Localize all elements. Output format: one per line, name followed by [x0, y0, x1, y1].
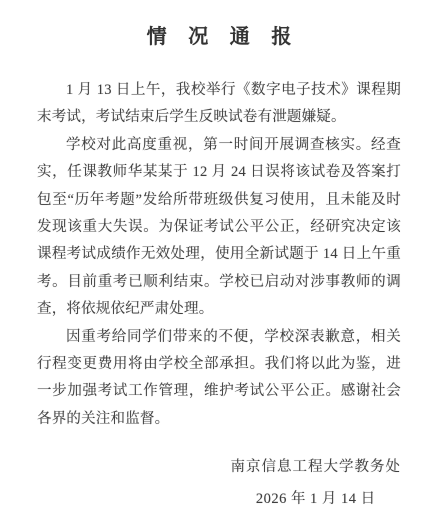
notice-document: 情 况 通 报 1 月 13 日上午，我校举行《数字电子技术》课程期末考试，考试…	[0, 0, 437, 519]
signature-date: 2026 年 1 月 14 日	[231, 486, 402, 513]
notice-paragraph-1: 1 月 13 日上午，我校举行《数字电子技术》课程期末考试，考试结束后学生反映试…	[37, 77, 401, 132]
notice-paragraph-2: 学校对此高度重视，第一时间开展调查核实。经查实，任课教师华某某于 12 月 24…	[37, 132, 401, 324]
signature-organization: 南京信息工程大学教务处	[231, 454, 402, 481]
signature-block: 南京信息工程大学教务处 2026 年 1 月 14 日	[231, 454, 402, 513]
notice-title: 情 况 通 报	[37, 24, 401, 50]
notice-paragraph-3: 因重考给同学们带来的不便，学校深表歉意，相关行程变更费用将由学校全部承担。我们将…	[37, 324, 401, 434]
